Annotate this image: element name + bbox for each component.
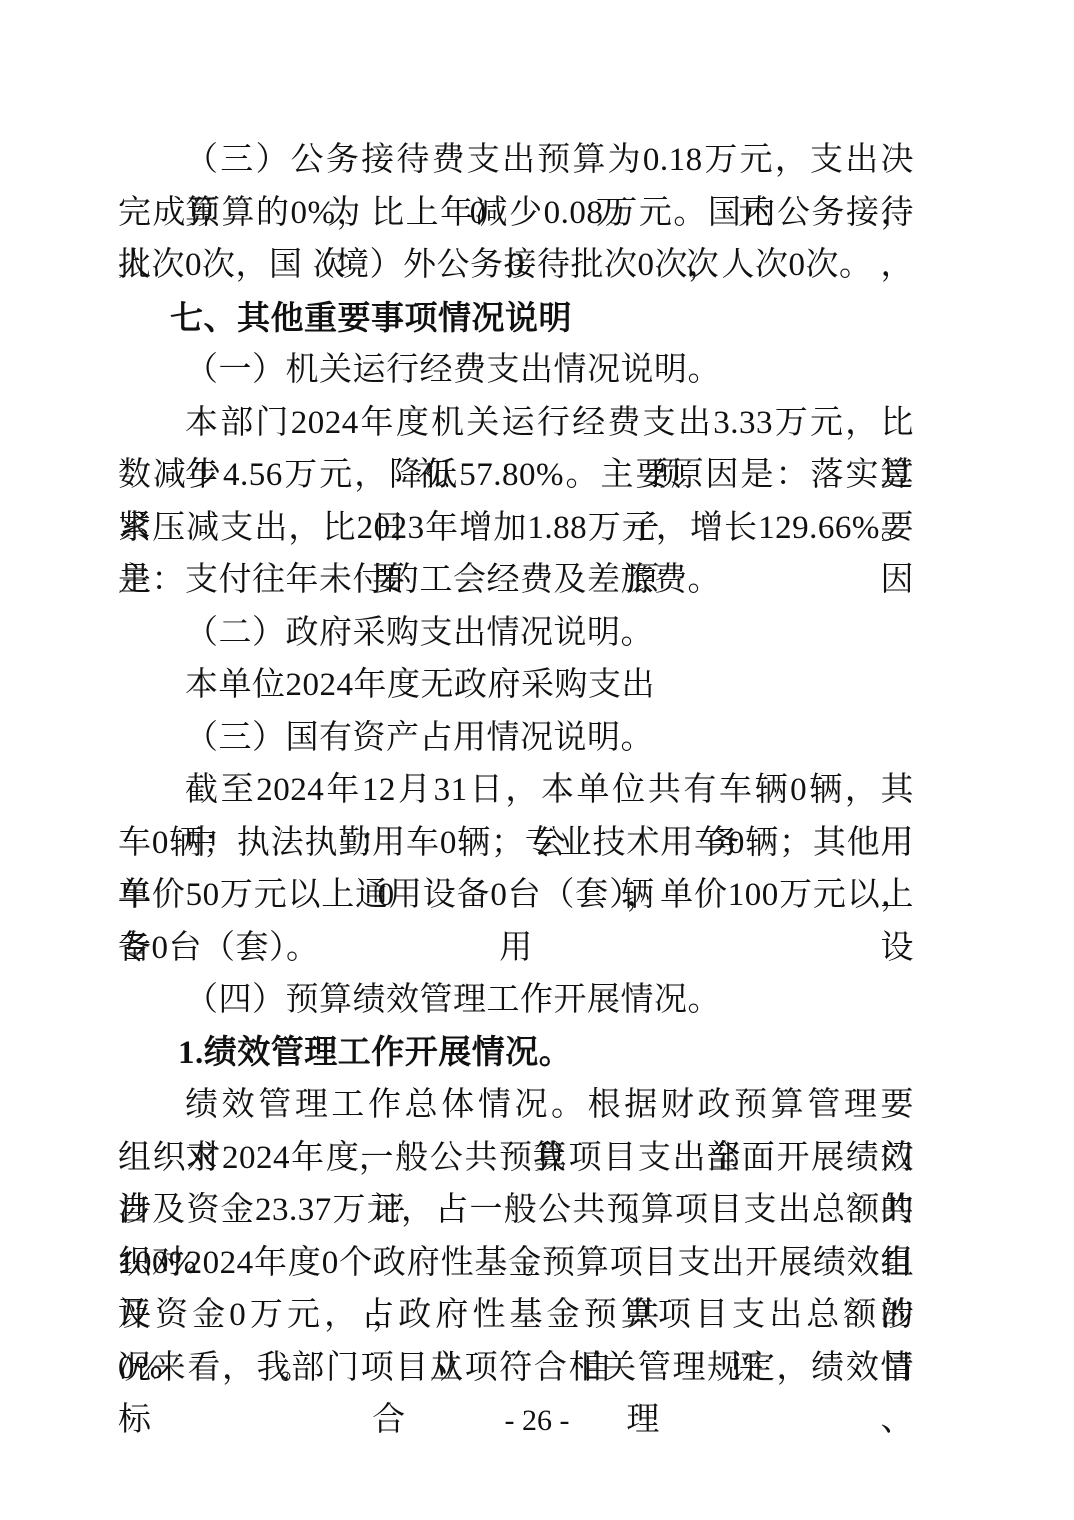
para-performance-line: 绩效管理工作总体情况。根据财政预算管理要求，我部门 <box>118 1079 914 1132</box>
para-state-assets-line: 车0辆；执法执勤用车0辆；专业技术用车0辆；其他用车0辆， <box>118 817 914 870</box>
document-page: （三）公务接待费支出预算为0.18万元，支出决算为0万元，完成预算的0%，比上年… <box>0 0 1074 1520</box>
para-state-assets-line: 单价50万元以上通用设备0台（套），单价100万元以上专用设 <box>118 869 914 922</box>
para-official-reception-line: （三）公务接待费支出预算为0.18万元，支出决算为0万元， <box>118 134 914 187</box>
subheading-operating-expenses: （一）机关运行经费支出情况说明。 <box>118 344 914 397</box>
subheading-government-procurement: （二）政府采购支出情况说明。 <box>118 607 914 660</box>
para-operating-expenses-line: 求压减支出，比2023年增加1.88万元，增长129.66%。主要原因 <box>118 502 914 555</box>
para-performance-line: 涉及资金23.37万元，占一般公共预算项目支出总额的100%。组 <box>118 1184 914 1237</box>
subheading-budget-performance: （四）预算绩效管理工作开展情况。 <box>118 974 914 1027</box>
para-operating-expenses-line: 本部门2024年度机关运行经费支出3.33万元，比年初预算 <box>118 397 914 450</box>
subheading-state-assets: （三）国有资产占用情况说明。 <box>118 712 914 765</box>
para-official-reception-line: 人次0次，国（境）外公务接待批次0次，人次0次。 <box>118 239 914 292</box>
section-heading-other-important-matters: 七、其他重要事项情况说明 <box>118 292 914 345</box>
para-official-reception-line: 完成预算的0%，比上年减少0.08万元。国内公务接待批次0次， <box>118 187 914 240</box>
para-performance-line: 组织对2024年度一般公共预算项目支出全面开展绩效自评。共 <box>118 1132 914 1185</box>
para-operating-expenses-line: 数减少4.56万元，降低57.80%。主要原因是：落实过紧日子要 <box>118 449 914 502</box>
para-government-procurement-line: 本单位2024年度无政府采购支出 <box>118 659 914 712</box>
para-performance-line: 及资金0万元，占政府性基金预算项目支出总额的0%。从自评情 <box>118 1289 914 1342</box>
para-performance-line: 织对2024年度0个政府性基金预算项目支出开展绩效自评，共涉 <box>118 1237 914 1290</box>
page-number: - 26 - <box>0 1404 1074 1438</box>
para-performance-line: 况来看，我部门项目立项符合相关管理规定，绩效目标合理、 <box>118 1342 914 1395</box>
subheading-performance-management: 1.绩效管理工作开展情况。 <box>118 1027 914 1080</box>
document-body: （三）公务接待费支出预算为0.18万元，支出决算为0万元，完成预算的0%，比上年… <box>118 134 914 1394</box>
para-state-assets-line: 截至2024年12月31日，本单位共有车辆0辆，其中：公务用 <box>118 764 914 817</box>
